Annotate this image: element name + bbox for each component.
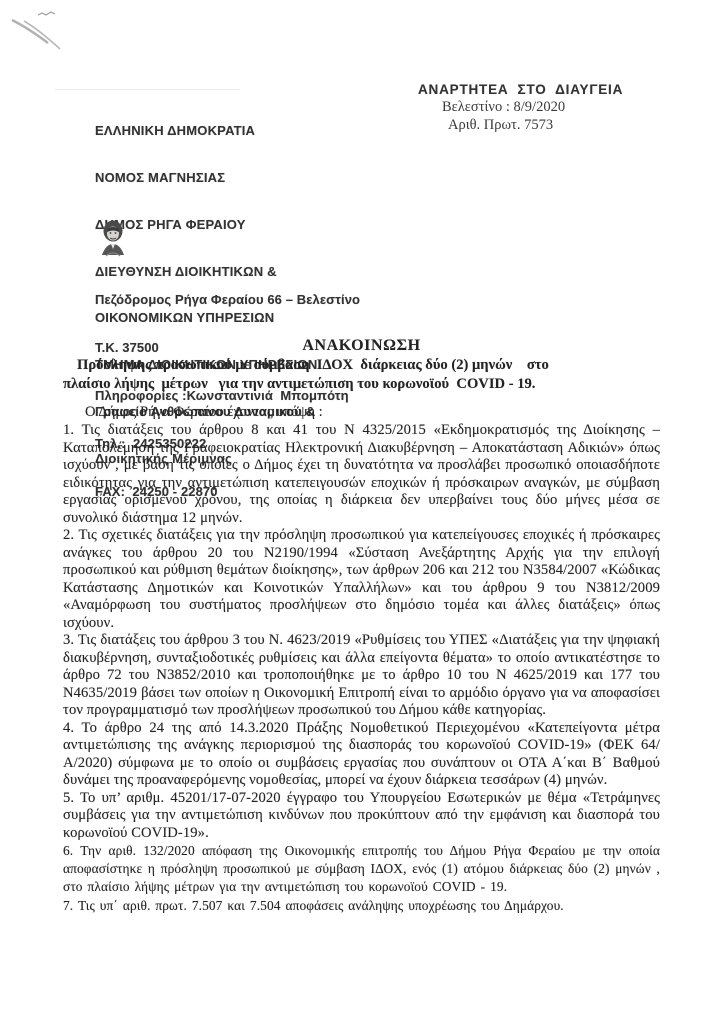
legal-item-5: 5. Το υπ’ αριθμ. 45201/17-07-2020 έγγραφ… [63,790,660,843]
announcement-title: ΑΝΑΚΟΙΝΩΣΗ [63,337,660,355]
pencil-scribble-icon [8,8,88,68]
legal-item-7: 7. Τις υπ΄ αριθ. πρωτ. 7.507 και 7.504 α… [63,897,660,915]
legal-item-2: 2. Τις σχετικές διατάξεις για την πρόσλη… [63,527,660,632]
place-date: Βελεστίνο : 8/9/2020 [442,98,623,116]
rigas-feraios-portrait-icon [98,219,128,259]
document-page: ΕΛΛΗΝΙΚΗ ΔΗΜΟΚΡΑΤΙΑ ΝΟΜΟΣ ΜΑΓΝΗΣΙΑΣ ΔΗΜΟ… [0,0,724,1024]
diavgeia-posted-label: ΑΝΑΡΤΗΤΕΑ ΣΤΟ ΔΙΑΥΓΕΙΑ [418,82,623,97]
legal-item-3: 3. Τις διατάξεις του άρθρου 3 του Ν. 462… [63,632,660,720]
subtitle-line: Πρόσληψης προσωπικού με σύμβαση ΙΔΟΧ διά… [63,356,660,375]
sender-line: ΝΟΜΟΣ ΜΑΓΝΗΣΙΑΣ [95,170,318,186]
legal-item-6: 6. Την αριθ. 132/2020 απόφαση της Οικονο… [63,842,660,897]
protocol-number: Αριθ. Πρωτ. 7573 [448,116,623,134]
scan-artifact-line [55,89,240,90]
announcement-subtitle: Πρόσληψης προσωπικού με σύμβαση ΙΔΟΧ διά… [63,356,660,394]
address-line: Πεζόδρομος Ρήγα Φεραίου 66 – Βελεστίνο [95,292,360,308]
sender-line: ΕΛΛΗΝΙΚΗ ΔΗΜΟΚΡΑΤΙΑ [95,123,318,139]
subtitle-line: πλαίσιο λήψης μέτρων για την αντιμετώπισ… [63,375,660,394]
sender-line: ΔΗΜΟΣ ΡΗΓΑ ΦΕΡΑΙΟΥ [95,217,318,233]
legal-item-4: 4. Το άρθρο 24 της από 14.3.2020 Πράξης … [63,720,660,790]
legal-item-1: 1. Τις διατάξεις του άρθρου 8 και 41 του… [63,422,660,527]
intro-line: Ο Δήμος Ρήγα Φεραίου έχοντας υπόψη : [63,403,660,421]
protocol-block: ΑΝΑΡΤΗΤΕΑ ΣΤΟ ΔΙΑΥΓΕΙΑ Βελεστίνο : 8/9/2… [418,82,623,134]
announcement-body: ΑΝΑΚΟΙΝΩΣΗ Πρόσληψης προσωπικού με σύμβα… [63,337,660,915]
